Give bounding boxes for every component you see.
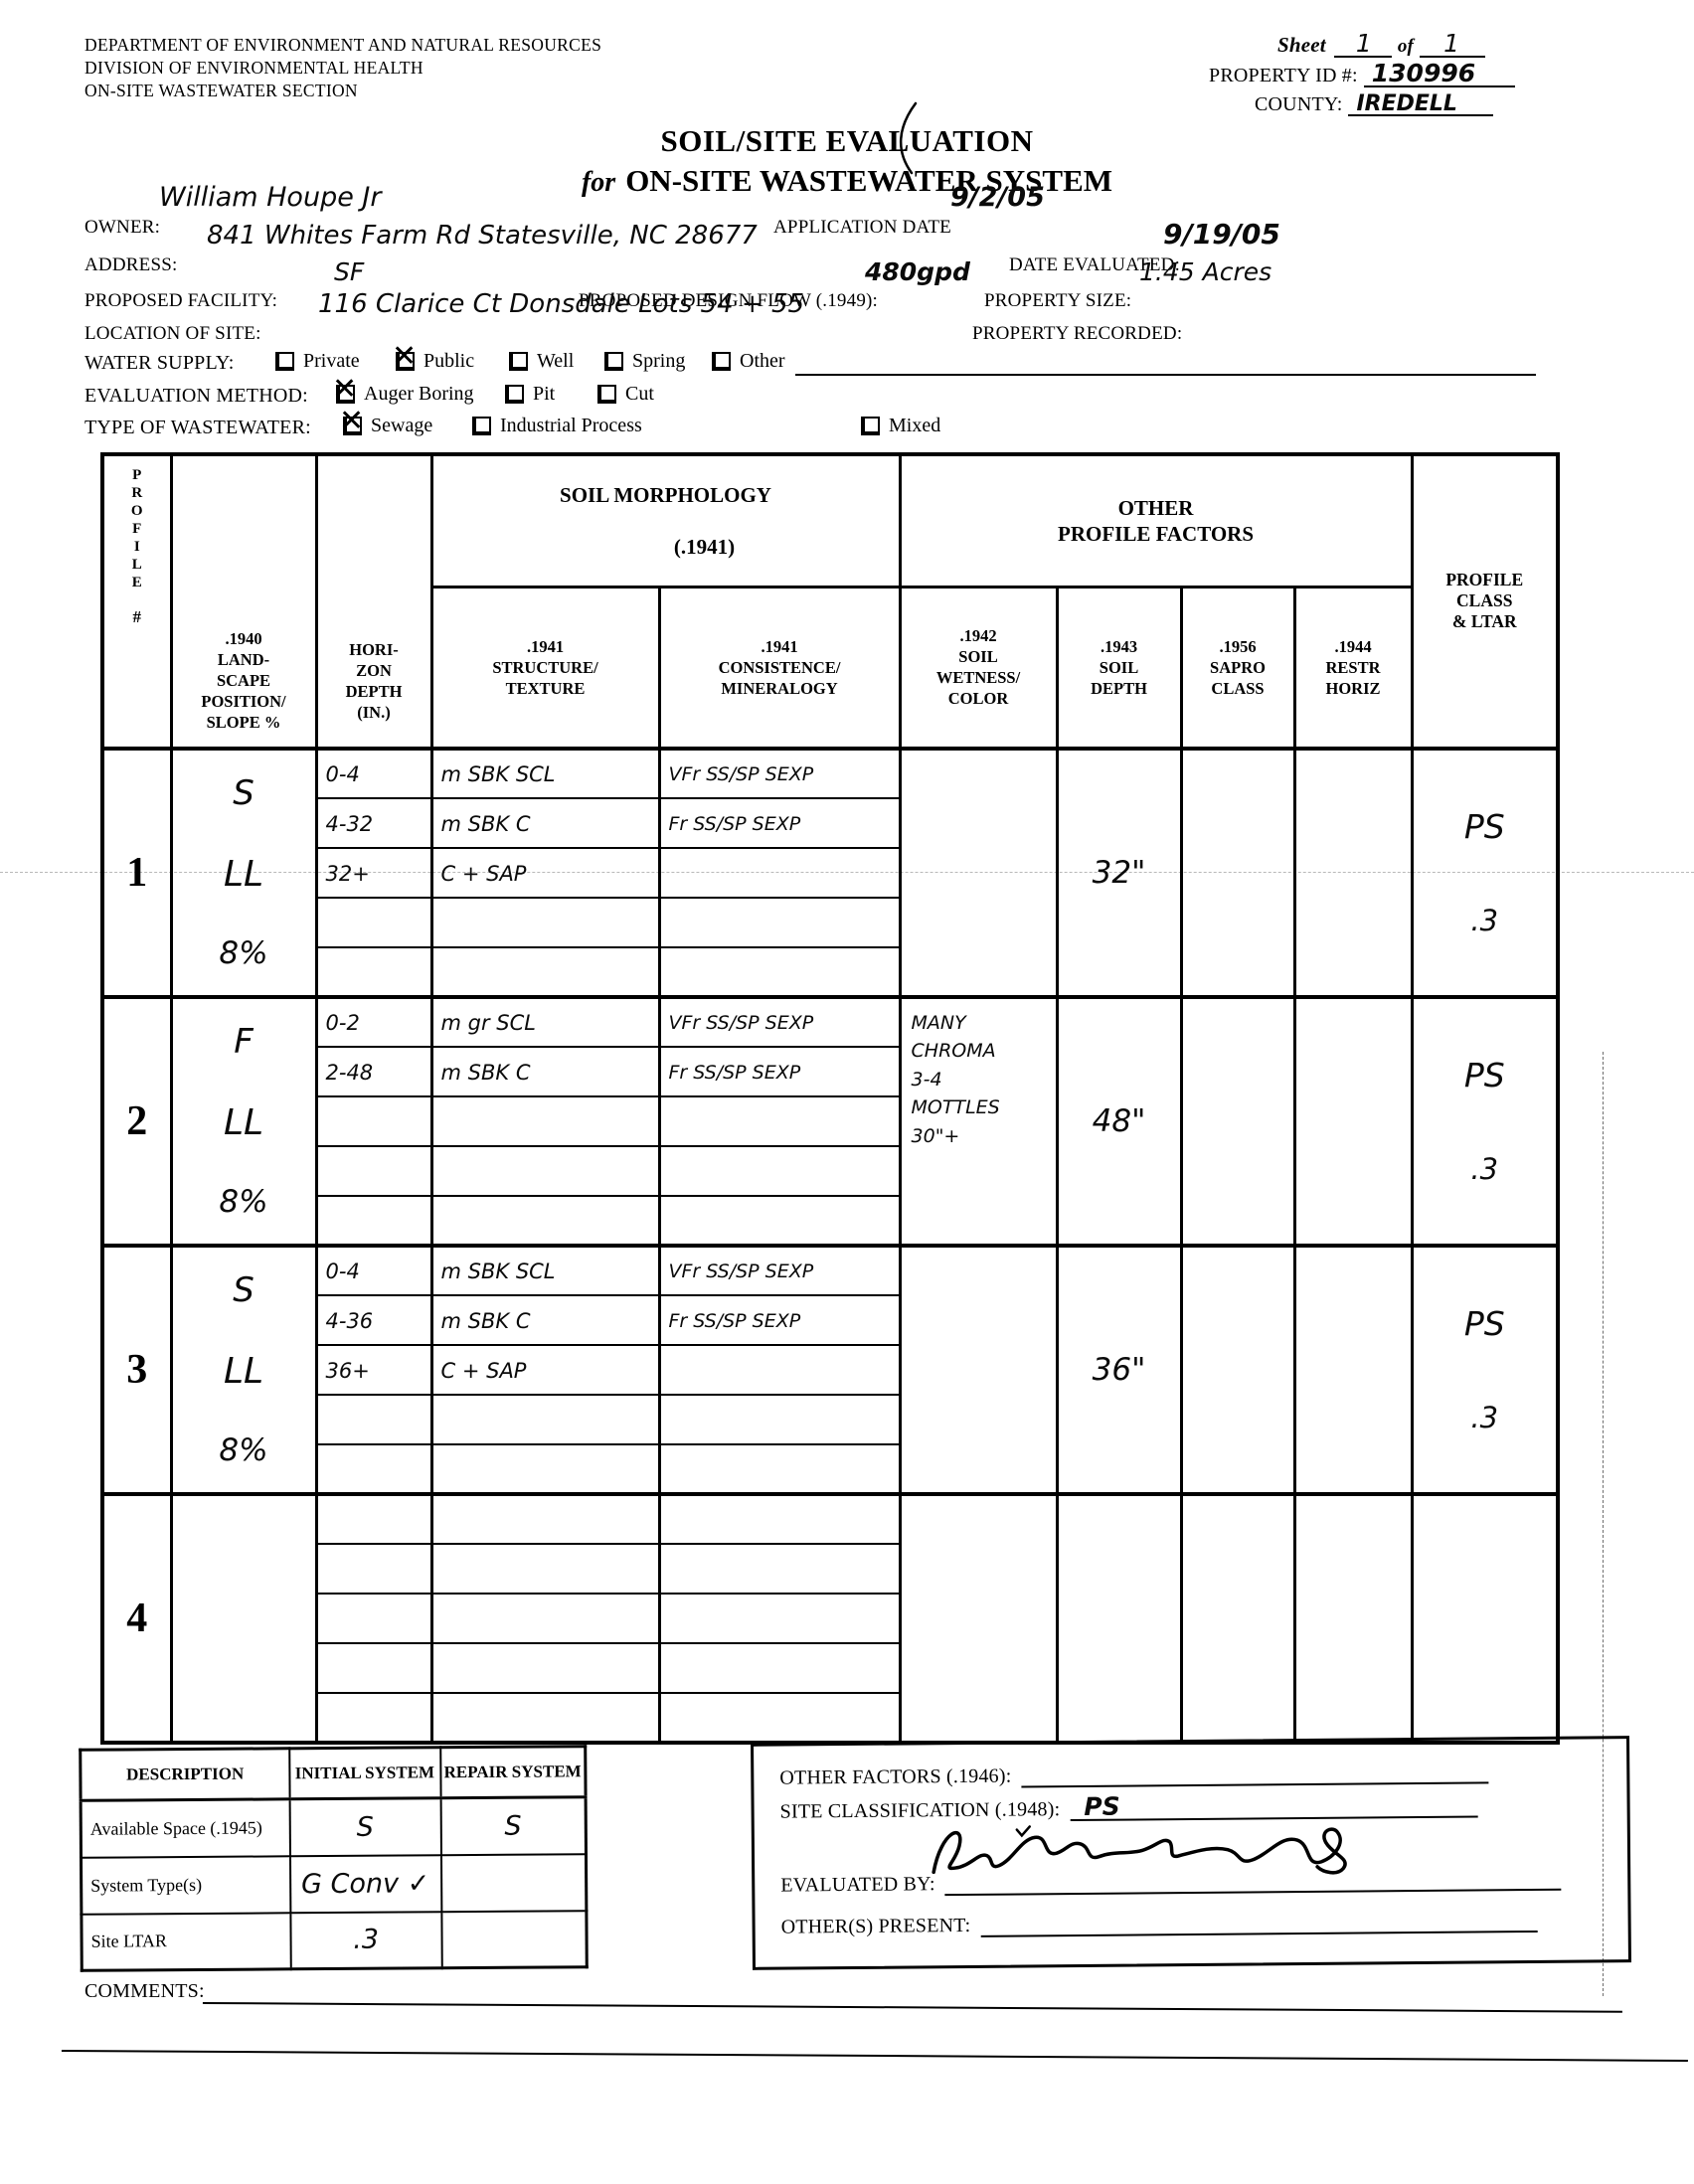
profile-class-value: PS [1414,1304,1557,1343]
summary-box: OTHER FACTORS (.1946): SITE CLASSIFICATI… [751,1736,1631,1970]
profile-ltar-value: .3 [1414,1152,1557,1186]
property-id-value-line: 130996 [1364,56,1515,87]
county-line: COUNTY: IREDELL [1255,84,1493,116]
others-present-row: OTHER(S) PRESENT: [780,1905,1537,1939]
water-supply-option-well: Well [509,350,574,373]
header-structure-texture: .1941 STRUCTURE/ TEXTURE [431,588,659,749]
design-flow-value: 480gpd [865,257,970,286]
location-label: LOCATION OF SITE: [85,323,261,345]
owner-label: OWNER: [85,217,160,239]
profile-3-row: 3 S LL 8% 0-4 m SBK SCL VFr SS/SP SEXP 3… [102,1246,1558,1295]
form-title: SOIL/SITE EVALUATION [0,123,1694,159]
profile-3-class-ltar: PS .3 [1412,1246,1558,1494]
water-supply-option-public: Public [396,350,474,373]
landscape-slope: 8% [173,1432,315,1468]
profile-1-number: 1 [102,749,171,997]
county-label: COUNTY: [1255,93,1342,116]
profile-4-soil-depth [1057,1494,1181,1743]
sheet-number: 1 [1356,29,1372,58]
agency-line-3: ON-SITE WASTEWATER SECTION [85,80,601,102]
property-size-label: PROPERTY SIZE: [984,290,1131,312]
systems-header-repair: REPAIR SYSTEM [440,1747,586,1798]
soil-profile-table: P R O F I L E # .1940 LAND- SCAPE POSITI… [100,452,1560,1745]
sheet-number-line: 1 [1334,26,1392,58]
option-label-spring: Spring [632,350,685,373]
evaluated-by-label: EVALUATED BY: [780,1873,935,1897]
checkbox-well-icon [509,352,528,371]
profile-class-value: PS [1414,1056,1557,1094]
other-factors-label: OTHER FACTORS (.1946): [779,1765,1011,1790]
option-label-mixed: Mixed [889,415,940,437]
option-label-other: Other [740,350,785,373]
sheet-total: 1 [1443,29,1459,58]
checkbox-auger-icon [336,385,355,404]
location-value: 116 Clarice Ct Donsdale Lots 54 + 55 [318,289,804,319]
checkbox-private-icon [275,352,294,371]
option-label-well: Well [537,350,574,373]
profile-4-wetness [900,1494,1057,1743]
option-label-public: Public [423,350,474,373]
comments-line-2 [62,2028,1688,2062]
landscape-curvature: LL [173,1102,315,1143]
evaluation-option-auger: Auger Boring [336,383,474,406]
sheet-total-line: 1 [1420,26,1485,58]
comments-label: COMMENTS: [85,1980,205,2003]
application-date-label: APPLICATION DATE [773,217,951,239]
address-label: ADDRESS: [85,254,177,276]
subtitle-for-word: for [582,167,615,198]
checkbox-pit-icon [505,385,524,404]
profile-1-sapro [1181,749,1294,997]
other-factors-line [1021,1756,1488,1787]
agency-line-1: DEPARTMENT OF ENVIRONMENT AND NATURAL RE… [85,34,601,57]
header-horizon-depth: HORI- ZON DEPTH (IN.) [316,454,431,749]
sheet-label: Sheet [1277,33,1326,58]
landscape-position: S [173,1270,315,1310]
systems-table: DESCRIPTION INITIAL SYSTEM REPAIR SYSTEM… [79,1745,589,1972]
profile-4-sapro [1181,1494,1294,1743]
checkbox-spring-icon [604,352,623,371]
profile-2-soil-depth: 48" [1057,997,1181,1246]
header-soil-morphology-group: SOIL MORPHOLOGY (.1941) [431,454,900,588]
profile-4-number: 4 [102,1494,171,1743]
checkbox-other-icon [712,352,731,371]
property-size-value: 1.45 Acres [1139,257,1271,286]
address-value: 841 Whites Farm Rd Statesville, NC 28677 [207,221,758,251]
profile-3-sapro [1181,1246,1294,1494]
profile-ltar-value: .3 [1414,904,1557,937]
header-sapro-class: .1956 SAPRO CLASS [1181,588,1294,749]
profile-4-landscape [171,1494,316,1743]
landscape-position: F [173,1022,315,1062]
profile-ltar-value: .3 [1414,1401,1557,1434]
profile-col-hash: # [104,607,170,627]
system-types-initial: G Conv ✓ [301,1868,429,1900]
property-recorded-label: PROPERTY RECORDED: [972,323,1182,345]
owner-value: William Houpe Jr [159,182,381,213]
header-consistence-mineralogy: .1941 CONSISTENCE/ MINERALOGY [659,588,900,749]
systems-row-site-ltar: Site LTAR .3 [82,1911,587,1971]
property-id-line: PROPERTY ID #: 130996 [1209,56,1515,87]
systems-row-available-space: Available Space (.1945) S S [81,1797,586,1858]
water-supply-option-spring: Spring [604,350,685,373]
profile-col-letters: P R O F I L E [104,466,170,591]
profile-3-wetness [900,1246,1057,1494]
profile-3-landscape: S LL 8% [171,1246,316,1494]
horizon-depth-cell: 0-4 [316,749,431,798]
property-id-value: 130996 [1372,59,1475,87]
header-soil-wetness: .1942 SOIL WETNESS/ COLOR [900,588,1057,749]
checkbox-sewage-icon [343,417,362,435]
wastewater-option-sewage: Sewage [343,415,432,437]
header-profile-number: P R O F I L E # [102,454,171,749]
option-label-auger: Auger Boring [364,383,474,406]
profile-3-soil-depth: 36" [1057,1246,1181,1494]
profile-1-row: 1 S LL 8% 0-4 m SBK SCL VFr SS/SP SEXP 3… [102,749,1558,798]
sheet-of-label: of [1398,36,1414,58]
profile-4-class-ltar [1412,1494,1558,1743]
checkbox-mixed-icon [861,417,880,435]
evaluator-signature [922,1806,1370,1902]
landscape-curvature: LL [173,854,315,895]
available-space-initial: S [357,1811,374,1842]
option-label-private: Private [303,350,360,373]
wastewater-option-mixed: Mixed [861,415,940,437]
checkbox-cut-icon [597,385,616,404]
sheet-line: Sheet 1 of 1 [1277,26,1485,58]
profile-3-number: 3 [102,1246,171,1494]
profile-4-restr [1294,1494,1412,1743]
profile-2-row: 2 F LL 8% 0-2 m gr SCL VFr SS/SP SEXP MA… [102,997,1558,1047]
proposed-facility-label: PROPOSED FACILITY: [85,290,277,312]
water-supply-option-private: Private [275,350,360,373]
checkbox-public-icon [396,352,415,371]
option-label-pit: Pit [533,383,555,406]
application-date-value: 9/2/05 [950,182,1045,213]
scanned-soil-site-evaluation-form: { "agency": { "line1": "DEPARTMENT OF EN… [0,0,1694,2184]
wastewater-type-label: TYPE OF WASTEWATER: [85,417,311,439]
profile-3-restr [1294,1246,1412,1494]
others-present-line [980,1905,1537,1937]
header-restr-horiz: .1944 RESTR HORIZ [1294,588,1412,749]
profile-1-landscape: S LL 8% [171,749,316,997]
option-label-cut: Cut [625,383,654,406]
header-profile-class: PROFILE CLASS & LTAR [1412,454,1558,749]
header-other-factors-group: OTHER PROFILE FACTORS [900,454,1412,588]
comments-line-1 [203,1980,1622,2013]
available-space-repair: S [504,1810,521,1841]
profile-1-class-ltar: PS .3 [1412,749,1558,997]
header-soil-depth: .1943 SOIL DEPTH [1057,588,1181,749]
county-value: IREDELL [1356,91,1456,116]
profile-4-row: 4 [102,1494,1558,1544]
profile-2-restr [1294,997,1412,1246]
date-evaluated-value: 9/19/05 [1163,218,1280,251]
site-ltar-initial: .3 [353,1925,379,1955]
evaluation-option-cut: Cut [597,383,654,406]
agency-line-2: DIVISION OF ENVIRONMENTAL HEALTH [85,57,601,80]
option-label-industrial: Industrial Process [500,415,642,437]
water-supply-label: WATER SUPPLY: [85,352,234,375]
water-supply-option-other: Other [712,350,785,373]
profile-1-wetness [900,749,1057,997]
profile-1-soil-depth: 32" [1057,749,1181,997]
profile-1-restr [1294,749,1412,997]
water-supply-other-line [795,350,1536,376]
profile-2-class-ltar: PS .3 [1412,997,1558,1246]
profile-2-landscape: F LL 8% [171,997,316,1246]
systems-row-system-types: System Type(s) G Conv ✓ [81,1854,586,1915]
landscape-position: S [173,773,315,813]
header-landscape: .1940 LAND- SCAPE POSITION/ SLOPE % [171,454,316,749]
option-label-sewage: Sewage [371,415,432,437]
systems-header-initial: INITIAL SYSTEM [289,1748,440,1799]
landscape-slope: 8% [173,935,315,971]
wastewater-option-industrial: Industrial Process [472,415,642,437]
other-factors-row: OTHER FACTORS (.1946): [779,1756,1488,1789]
systems-header-description: DESCRIPTION [81,1749,289,1800]
horizon-consistence-cell: VFr SS/SP SEXP [659,749,900,798]
others-present-label: OTHER(S) PRESENT: [781,1915,971,1939]
profile-2-wetness: MANY CHROMA 3-4 MOTTLES 30"+ [900,997,1057,1246]
evaluation-method-label: EVALUATION METHOD: [85,385,308,408]
profile-2-number: 2 [102,997,171,1246]
landscape-curvature: LL [173,1351,315,1392]
county-value-line: IREDELL [1348,84,1493,116]
agency-block: DEPARTMENT OF ENVIRONMENT AND NATURAL RE… [85,34,601,102]
profile-class-value: PS [1414,807,1557,846]
proposed-facility-value: SF [334,257,364,286]
evaluation-option-pit: Pit [505,383,555,406]
landscape-slope: 8% [173,1184,315,1220]
profile-2-sapro [1181,997,1294,1246]
checkbox-industrial-icon [472,417,491,435]
systems-header-row: DESCRIPTION INITIAL SYSTEM REPAIR SYSTEM [81,1747,586,1801]
horizon-structure-cell: m SBK SCL [431,749,659,798]
